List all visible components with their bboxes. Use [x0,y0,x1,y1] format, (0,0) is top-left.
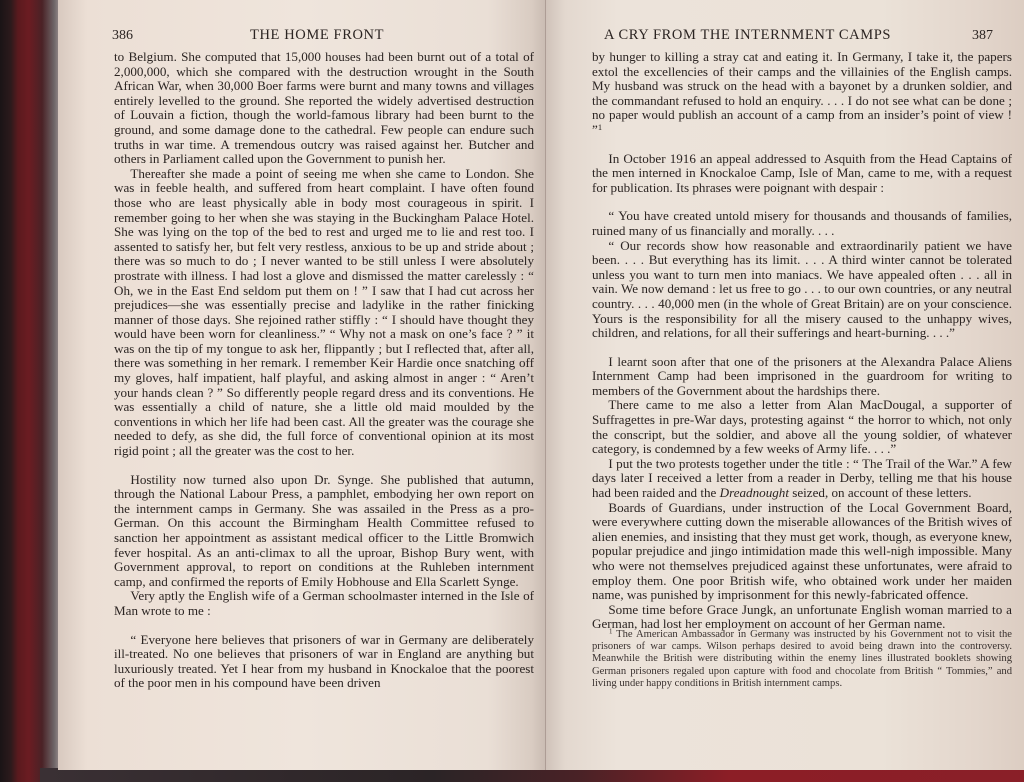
paragraph: In October 1916 an appeal addressed to A… [592,152,1012,196]
footnote-reference[interactable]: 1 [598,122,602,132]
quoted-letter: “ Everyone here believes that prisoners … [114,633,534,691]
paragraph: Some time before Grace Jungk, an unfortu… [592,603,1012,632]
left-page: 386 THE HOME FRONT to Belgium. She compu… [58,0,546,770]
page-number: 387 [972,28,993,44]
paragraph: There came to me also a letter from Alan… [592,398,1012,456]
running-head: A CRY FROM THE INTERNMENT CAMPS [604,27,891,44]
paragraph: Very aptly the English wife of a German … [114,589,534,618]
quoted-appeal: “ Our records show how reasonable and ex… [592,239,1012,341]
footnote-marker: 1 [609,629,612,636]
paragraph: I learnt soon after that one of the pris… [592,355,1012,399]
paragraph: Thereafter she made a point of seeing me… [114,167,534,459]
book-binding-bottom [40,768,1024,782]
paragraph: to Belgium. She computed that 15,000 hou… [114,50,534,167]
body-text: to Belgium. She computed that 15,000 hou… [114,50,534,691]
publication-title: Dreadnought [720,485,789,500]
page-number: 386 [112,28,133,44]
running-head: THE HOME FRONT [250,27,384,44]
footnote: 1 The American Ambassador in Germany was… [592,629,1012,690]
quoted-appeal: “ You have created untold misery for tho… [592,209,1012,238]
book-binding-left [0,0,60,782]
paragraph: Hostility now turned also upon Dr. Synge… [114,473,534,590]
right-page: A CRY FROM THE INTERNMENT CAMPS 387 by h… [546,0,1024,770]
paragraph: I put the two protests together under th… [592,457,1012,501]
paragraph: Boards of Guardians, under instruction o… [592,501,1012,603]
quoted-letter-end: by hunger to killing a stray cat and eat… [592,50,1012,138]
body-text: by hunger to killing a stray cat and eat… [592,50,1012,632]
